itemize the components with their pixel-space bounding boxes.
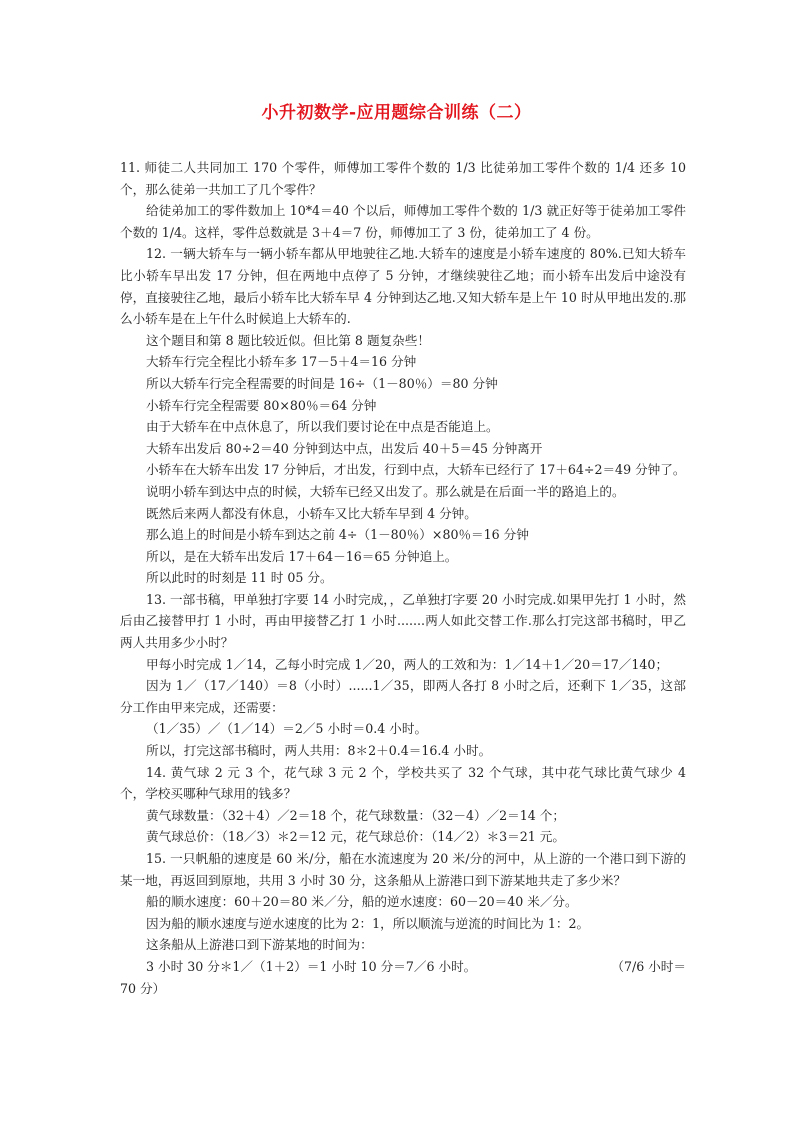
- page-title: 小升初数学-应用题综合训练（二）: [0, 101, 793, 125]
- paragraph: 70 分）: [120, 978, 686, 1000]
- paragraph: 这条船从上游港口到下游某地的时间为：: [120, 934, 686, 956]
- paragraph: 船的顺水速度：60＋20＝80 米／分，船的逆水速度：60－20＝40 米／分。: [120, 891, 686, 913]
- paragraph: 大轿车行完全程比小轿车多 17－5＋4＝16 分钟: [120, 351, 686, 373]
- paragraph: 小轿车行完全程需要 80×80％＝64 分钟: [120, 395, 686, 417]
- paragraph: 小轿车在大轿车出发 17 分钟后，才出发，行到中点，大轿车已经行了 17＋64÷…: [120, 459, 686, 481]
- paragraph: 既然后来两人都没有休息，小轿车又比大轿车早到 4 分钟。: [120, 503, 686, 525]
- paragraph-side-note: （7/6 小时＝: [585, 956, 686, 978]
- paragraph: 甲每小时完成 1／14，乙每小时完成 1／20，两人的工效和为：1／14＋1／2…: [120, 654, 686, 676]
- paragraph: 大轿车出发后 80÷2＝40 分钟到达中点，出发后 40＋5＝45 分钟离开: [120, 438, 686, 460]
- paragraph: 所以大轿车行完全程需要的时间是 16÷（1－80％）＝80 分钟: [120, 373, 686, 395]
- paragraph: 所以，是在大轿车出发后 17＋64－16＝65 分钟追上。: [120, 546, 686, 568]
- paragraph: 因为船的顺水速度与逆水速度的比为 2：1，所以顺流与逆流的时间比为 1：2。: [120, 913, 686, 935]
- document-page: 小升初数学-应用题综合训练（二） 11. 师徒二人共同加工 170 个零件，师傅…: [0, 0, 793, 1122]
- paragraph-q15: 15. 一只帆船的速度是 60 米/分，船在水流速度为 20 米/分的河中，从上…: [120, 848, 686, 891]
- paragraph-q14: 14. 黄气球 2 元 3 个，花气球 3 元 2 个，学校共买了 32 个气球…: [120, 762, 686, 805]
- paragraph: 说明小轿车到达中点的时候，大轿车已经又出发了。那么就是在后面一半的路追上的。: [120, 481, 686, 503]
- paragraph: 因为 1／（17／140）＝8（小时）......1／35，即两人各打 8 小时…: [120, 675, 686, 718]
- paragraph-q13: 13. 一部书稿，甲单独打字要 14 小时完成，，乙单独打字要 20 小时完成.…: [120, 589, 686, 654]
- paragraph: 所以，打完这部书稿时，两人共用：8＊2＋0.4＝16.4 小时。: [120, 740, 686, 762]
- paragraph: （1／35）／（1／14）＝2／5 小时＝0.4 小时。: [120, 718, 686, 740]
- document-body: 11. 师徒二人共同加工 170 个零件，师傅加工零件个数的 1/3 比徒弟加工…: [120, 157, 686, 999]
- paragraph: 黄气球数量：（32＋4）／2＝18 个，花气球数量：（32－4）／2＝14 个；: [120, 805, 686, 827]
- paragraph: 所以此时的时刻是 11 时 05 分。: [120, 567, 686, 589]
- paragraph-q11: 11. 师徒二人共同加工 170 个零件，师傅加工零件个数的 1/3 比徒弟加工…: [120, 157, 686, 200]
- paragraph-with-note: 3 小时 30 分＊1／（1＋2）＝1 小时 10 分＝7／6 小时。（7/6 …: [120, 956, 686, 978]
- paragraph: 那么追上的时间是小轿车到达之前 4÷（1－80％）×80％＝16 分钟: [120, 524, 686, 546]
- paragraph: 这个题目和第 8 题比较近似。但比第 8 题复杂些！: [120, 330, 686, 352]
- paragraph: 黄气球总价：（18／3）＊2＝12 元，花气球总价：（14／2）＊3＝21 元。: [120, 826, 686, 848]
- paragraph-main-text: 3 小时 30 分＊1／（1＋2）＝1 小时 10 分＝7／6 小时。: [146, 959, 476, 974]
- paragraph: 给徒弟加工的零件数加上 10*4＝40 个以后，师傅加工零件个数的 1/3 就正…: [120, 200, 686, 243]
- paragraph-q12: 12. 一辆大轿车与一辆小轿车都从甲地驶往乙地.大轿车的速度是小轿车速度的 80…: [120, 243, 686, 329]
- paragraph: 由于大轿车在中点休息了，所以我们要讨论在中点是否能追上。: [120, 416, 686, 438]
